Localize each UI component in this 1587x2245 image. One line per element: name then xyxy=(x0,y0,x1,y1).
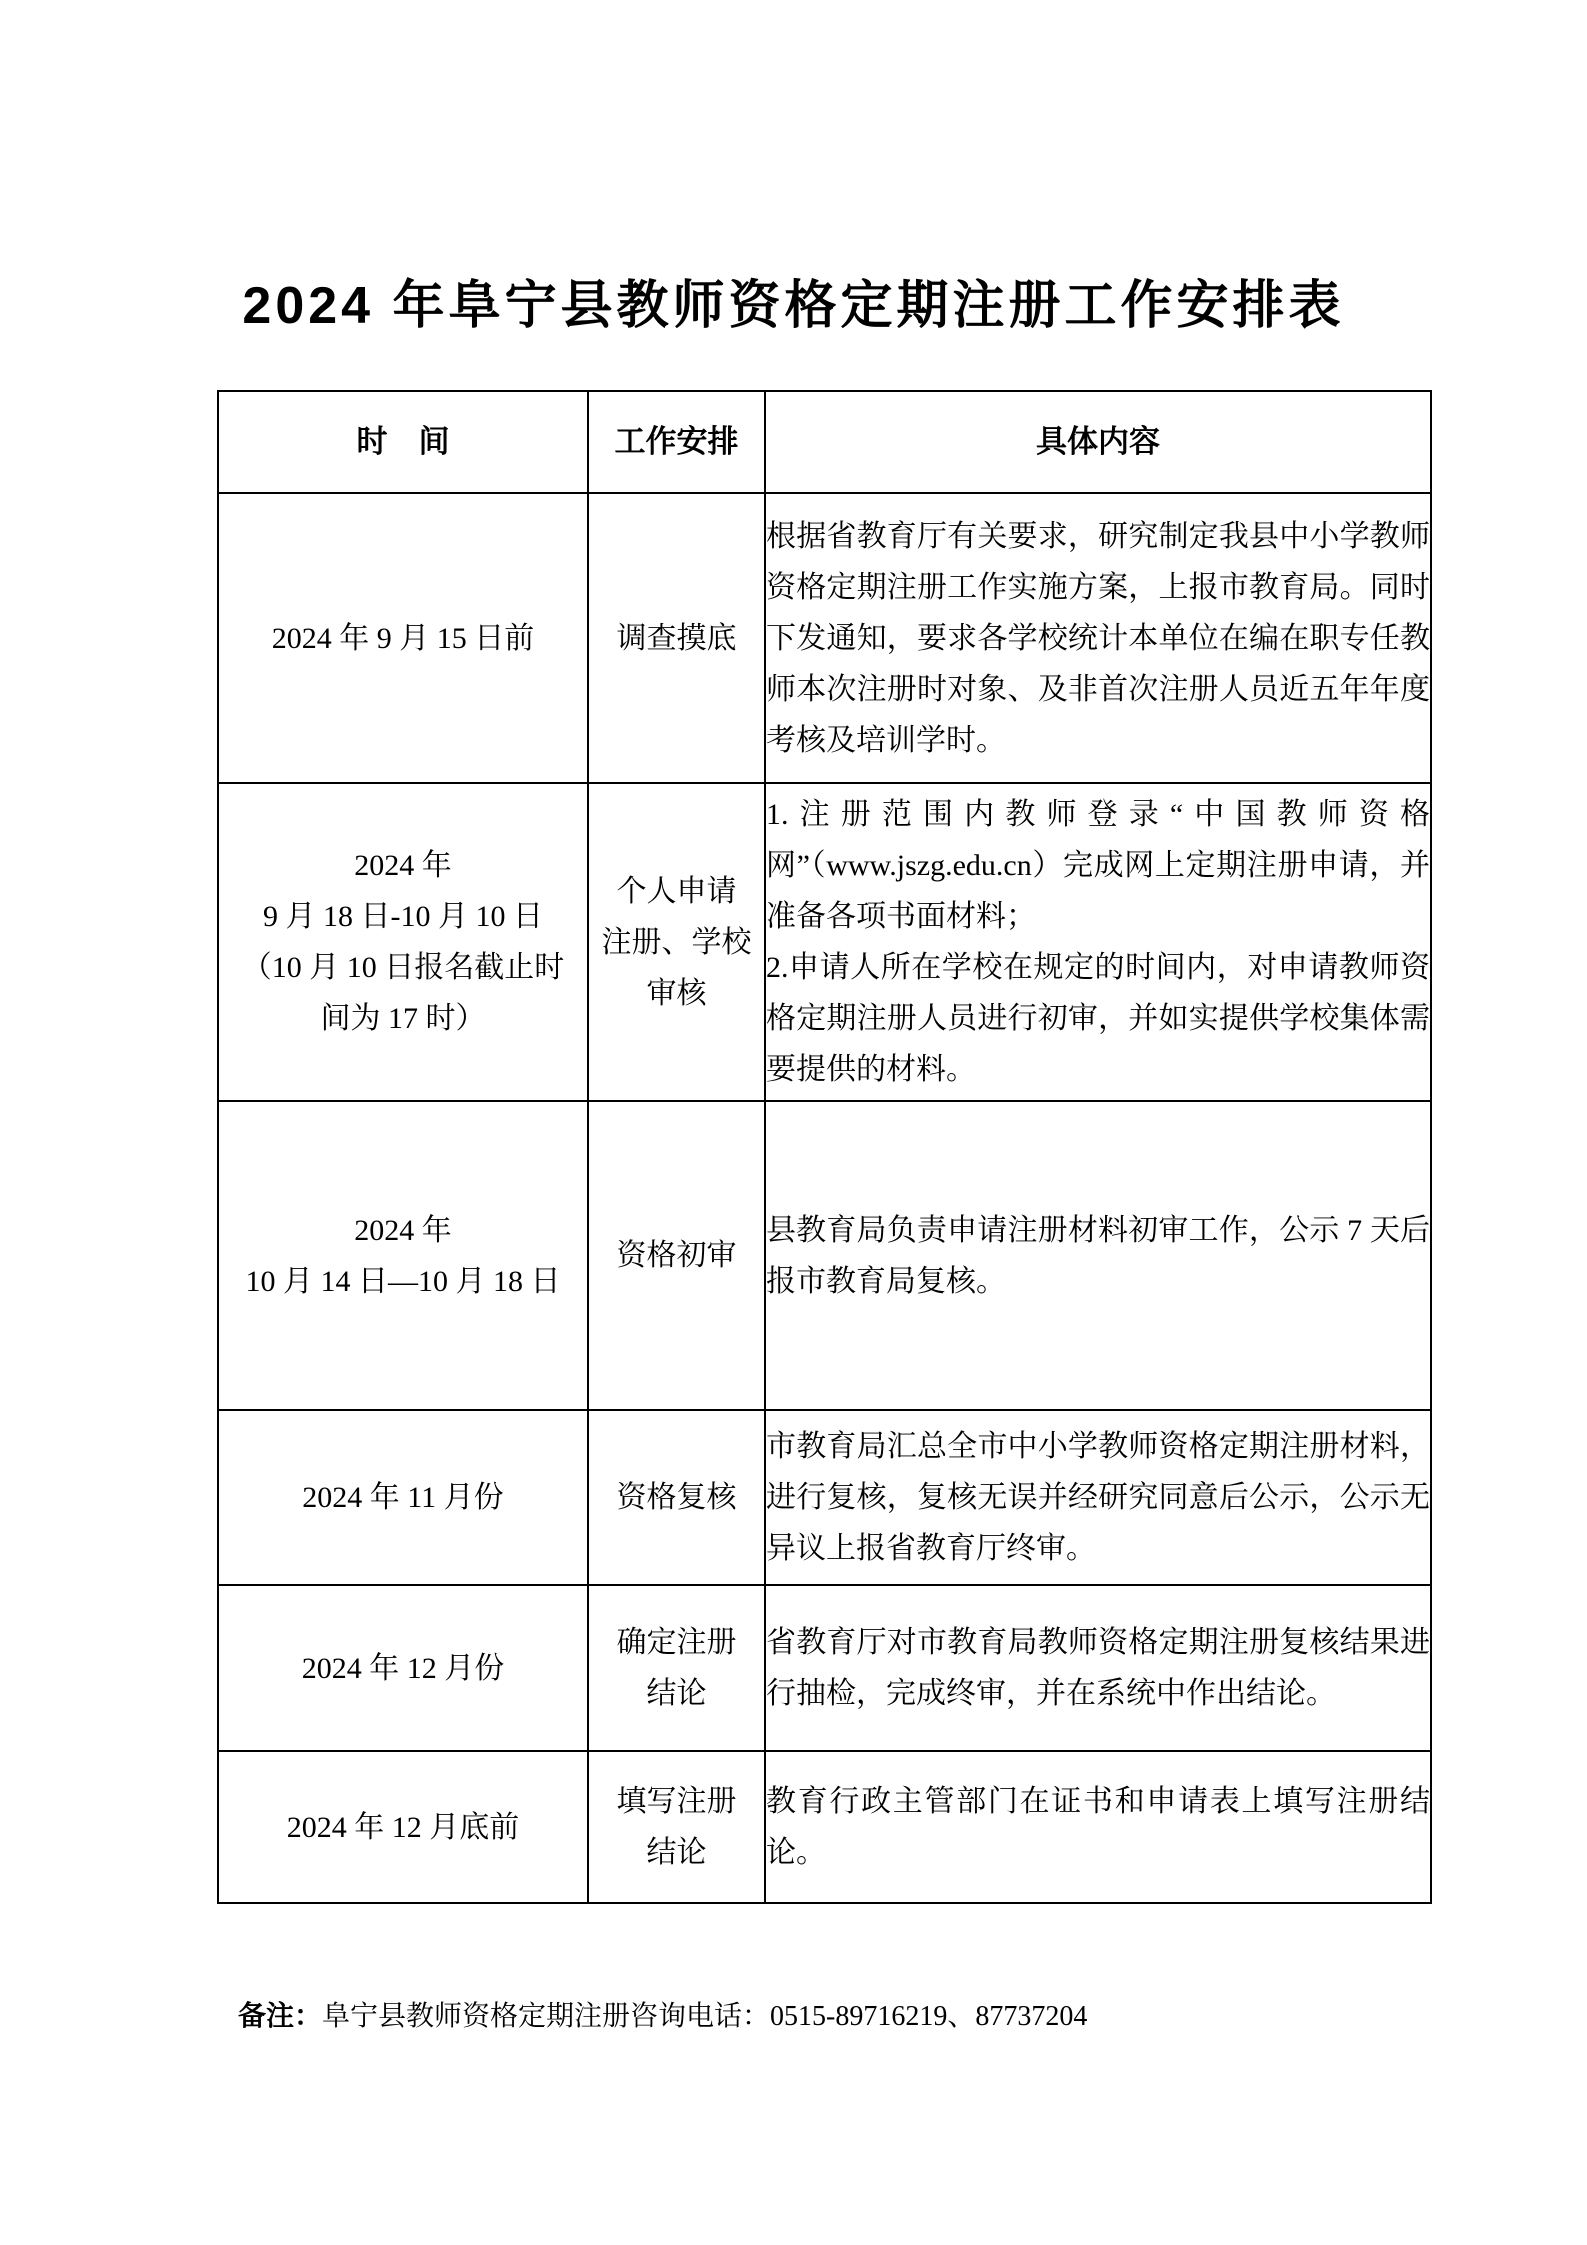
time-line: 2024 年 11 月份 xyxy=(219,1472,587,1523)
table-row: 2024 年 11 月份 资格复核 市教育局汇总全市中小学教师资格定期注册材料，… xyxy=(218,1410,1431,1585)
footnote-text: 阜宁县教师资格定期注册咨询电话：0515-89716219、87737204 xyxy=(322,2001,1087,2032)
detail-cell: 根据省教育厅有关要求，研究制定我县中小学教师资格定期注册工作实施方案，上报市教育… xyxy=(765,493,1431,783)
detail-cell: 县教育局负责申请注册材料初审工作，公示 7 天后报市教育局复核。 xyxy=(765,1101,1431,1410)
task-line: 个人申请 xyxy=(589,866,764,917)
task-cell: 资格复核 xyxy=(588,1410,765,1585)
task-line: 资格初审 xyxy=(589,1230,764,1281)
table-header-row: 时 间 工作安排 具体内容 xyxy=(218,391,1431,493)
detail-paragraph: 市教育局汇总全市中小学教师资格定期注册材料，进行复核，复核无误并经研究同意后公示… xyxy=(766,1421,1430,1574)
detail-paragraph: 根据省教育厅有关要求，研究制定我县中小学教师资格定期注册工作实施方案，上报市教育… xyxy=(766,511,1430,766)
detail-paragraph: 省教育厅对市教育局教师资格定期注册复核结果进行抽检，完成终审，并在系统中作出结论… xyxy=(766,1617,1430,1719)
table-row: 2024 年 10 月 14 日—10 月 18 日 资格初审 县教育局负责申请… xyxy=(218,1101,1431,1410)
time-cell: 2024 年 12 月底前 xyxy=(218,1751,588,1903)
detail-paragraph: 1.注册范围内教师登录“中国教师资格网”（www.jszg.edu.cn）完成网… xyxy=(766,789,1430,942)
task-line: 结论 xyxy=(589,1668,764,1719)
detail-paragraph: 县教育局负责申请注册材料初审工作，公示 7 天后报市教育局复核。 xyxy=(766,1205,1430,1307)
task-line: 资格复核 xyxy=(589,1472,764,1523)
time-cell: 2024 年 9 月 15 日前 xyxy=(218,493,588,783)
task-line: 注册、学校 xyxy=(589,917,764,968)
task-line: 审核 xyxy=(589,968,764,1019)
task-cell: 调查摸底 xyxy=(588,493,765,783)
detail-cell: 教育行政主管部门在证书和申请表上填写注册结论。 xyxy=(765,1751,1431,1903)
table-row: 2024 年 9 月 18 日-10 月 10 日 （10 月 10 日报名截止… xyxy=(218,783,1431,1101)
task-cell: 资格初审 xyxy=(588,1101,765,1410)
header-task-cell: 工作安排 xyxy=(588,391,765,493)
time-line: 9 月 18 日-10 月 10 日 xyxy=(219,891,587,942)
schedule-table: 时 间 工作安排 具体内容 2024 年 9 月 15 日前 调查摸底 根据省教… xyxy=(217,390,1432,1904)
detail-cell: 1.注册范围内教师登录“中国教师资格网”（www.jszg.edu.cn）完成网… xyxy=(765,783,1431,1101)
table-row: 2024 年 12 月份 确定注册 结论 省教育厅对市教育局教师资格定期注册复核… xyxy=(218,1585,1431,1751)
task-line: 确定注册 xyxy=(589,1617,764,1668)
time-cell: 2024 年 10 月 14 日—10 月 18 日 xyxy=(218,1101,588,1410)
detail-paragraph: 2.申请人所在学校在规定的时间内，对申请教师资格定期注册人员进行初审，并如实提供… xyxy=(766,942,1430,1095)
footnote-label: 备注： xyxy=(238,2000,322,2031)
time-line: 2024 年 xyxy=(219,1205,587,1256)
detail-cell: 省教育厅对市教育局教师资格定期注册复核结果进行抽检，完成终审，并在系统中作出结论… xyxy=(765,1585,1431,1751)
time-line: （10 月 10 日报名截止时 xyxy=(219,942,587,993)
detail-cell: 市教育局汇总全市中小学教师资格定期注册材料，进行复核，复核无误并经研究同意后公示… xyxy=(765,1410,1431,1585)
time-line: 间为 17 时） xyxy=(219,993,587,1044)
time-cell: 2024 年 9 月 18 日-10 月 10 日 （10 月 10 日报名截止… xyxy=(218,783,588,1101)
task-cell: 确定注册 结论 xyxy=(588,1585,765,1751)
table-row: 2024 年 9 月 15 日前 调查摸底 根据省教育厅有关要求，研究制定我县中… xyxy=(218,493,1431,783)
time-cell: 2024 年 12 月份 xyxy=(218,1585,588,1751)
task-line: 填写注册 xyxy=(589,1776,764,1827)
task-line: 调查摸底 xyxy=(589,613,764,664)
time-line: 10 月 14 日—10 月 18 日 xyxy=(219,1256,587,1307)
task-cell: 填写注册 结论 xyxy=(588,1751,765,1903)
table-row: 2024 年 12 月底前 填写注册 结论 教育行政主管部门在证书和申请表上填写… xyxy=(218,1751,1431,1903)
time-line: 2024 年 xyxy=(219,840,587,891)
time-cell: 2024 年 11 月份 xyxy=(218,1410,588,1585)
page-title: 2024 年阜宁县教师资格定期注册工作安排表 xyxy=(0,0,1587,335)
task-line: 结论 xyxy=(589,1827,764,1878)
header-time-cell: 时 间 xyxy=(218,391,588,493)
detail-paragraph: 教育行政主管部门在证书和申请表上填写注册结论。 xyxy=(766,1776,1430,1878)
header-detail-cell: 具体内容 xyxy=(765,391,1431,493)
time-line: 2024 年 12 月底前 xyxy=(219,1802,587,1853)
footnote: 备注：阜宁县教师资格定期注册咨询电话：0515-89716219、8773720… xyxy=(238,1996,1587,2036)
time-line: 2024 年 9 月 15 日前 xyxy=(219,613,587,664)
time-line: 2024 年 12 月份 xyxy=(219,1643,587,1694)
task-cell: 个人申请 注册、学校 审核 xyxy=(588,783,765,1101)
